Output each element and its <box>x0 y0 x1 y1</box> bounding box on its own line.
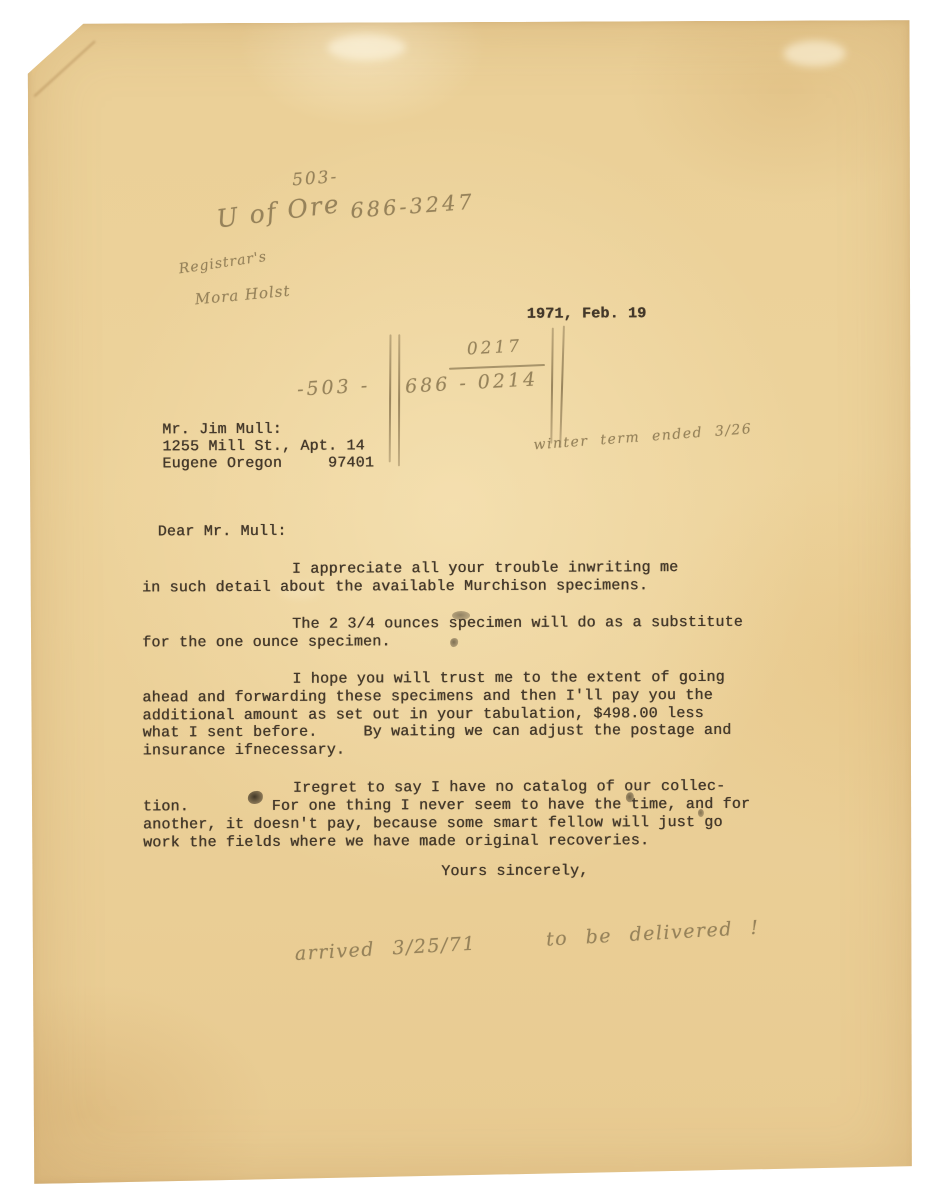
body-line: I appreciate all your trouble inwriting … <box>292 559 679 578</box>
handwritten-delivery-note: arrived 3/25/71 to be delivered ! <box>294 917 760 965</box>
handwritten-phone-main: 686 - 0214 <box>405 368 539 398</box>
handwritten-area-code: -503 - <box>296 375 370 401</box>
body-line: insurance ifnecessary. <box>143 742 346 760</box>
faded-smudge <box>784 40 846 66</box>
body-line: ahead and forwarding these specimens and… <box>142 687 713 706</box>
body-line: another, it doesn't pay, because some sm… <box>143 814 723 834</box>
body-line: Iregret to say I have no catalog of our … <box>293 778 726 797</box>
body-line: work the fields where we have made origi… <box>143 832 649 851</box>
pencil-bracket-line <box>389 334 392 462</box>
letter-paper-sheet: 503- U of Ore 686-3247 Registrar's Mora … <box>27 20 914 1184</box>
body-line: for the one ounce specimen. <box>142 633 391 651</box>
pencil-bracket-line <box>559 326 565 448</box>
recipient-street: 1255 Mill St., Apt. 14 <box>162 437 365 455</box>
ink-speck <box>698 809 704 817</box>
handwritten-corrected-digits: 0217 <box>466 336 522 359</box>
body-line: I hope you will trust me to the extent o… <box>292 669 725 688</box>
salutation: Dear Mr. Mull: <box>158 523 287 541</box>
ink-speck <box>450 638 458 647</box>
handwritten-winter-term-note: winter term ended 3/26 <box>533 421 753 453</box>
body-line: The 2 3/4 ounces specimen will do as a s… <box>292 614 743 633</box>
fold-crease-line <box>34 40 96 97</box>
handwritten-contact-name: Mora Holst <box>194 282 291 309</box>
handwritten-phone-alt: 686-3247 <box>350 190 476 223</box>
body-line: tion. For one thing I never seem to have… <box>143 796 750 816</box>
closing: Yours sincerely, <box>441 862 588 880</box>
body-line: what I sent before. By waiting we can ad… <box>143 722 732 742</box>
pencil-bracket-line <box>550 328 554 444</box>
recipient-name: Mr. Jim Mull: <box>162 421 282 439</box>
recipient-city: Eugene Oregon 97401 <box>162 454 374 472</box>
handwritten-area-code-note: 503- <box>291 167 339 190</box>
pencil-bracket-line <box>398 334 400 466</box>
faded-smudge <box>328 34 406 60</box>
scan-background: { "colors":{ "background":"#ffffff", "pa… <box>0 0 938 1200</box>
letter-date: 1971, Feb. 19 <box>527 305 647 323</box>
handwritten-u-of-ore: U of Ore <box>215 189 342 233</box>
ink-smear <box>452 611 470 620</box>
handwritten-registrar: Registrar's <box>178 249 268 278</box>
body-line: in such detail about the available Murch… <box>142 577 648 596</box>
folded-corner-flap <box>29 31 81 79</box>
ink-speck <box>626 792 634 802</box>
